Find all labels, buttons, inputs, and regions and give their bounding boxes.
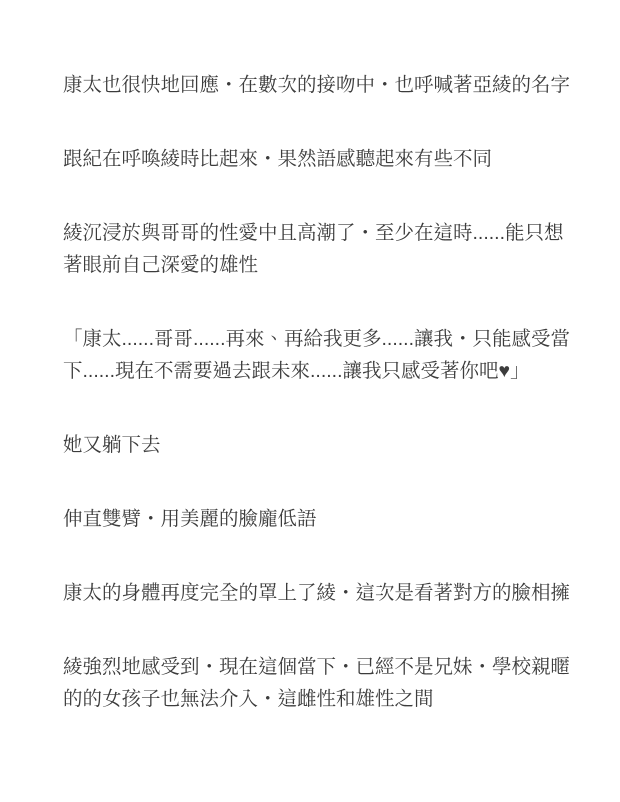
text-line: 康太也很快地回應・在數次的接吻中・也呼喊著亞綾的名字 [63,69,583,101]
paragraph: 康太的身體再度完全的罩上了綾・這次是看著對方的臉相擁 [63,577,583,609]
paragraph: 綾沉浸於與哥哥的性愛中且高潮了・至少在這時......能只想著眼前自己深愛的雄性 [63,217,583,281]
text-line: 綾沉浸於與哥哥的性愛中且高潮了・至少在這時......能只想 [63,217,583,249]
text-line: 跟紀在呼喚綾時比起來・果然語感聽起來有些不同 [63,143,583,175]
text-line: 康太的身體再度完全的罩上了綾・這次是看著對方的臉相擁 [63,577,583,609]
text-line: 綾強烈地感受到・現在這個當下・已經不是兄妹・學校親暱 [63,651,583,683]
paragraph: 伸直雙臂・用美麗的臉龐低語 [63,503,583,535]
paragraph: 她又躺下去 [63,429,583,461]
novel-body: 康太也很快地回應・在數次的接吻中・也呼喊著亞綾的名字跟紀在呼喚綾時比起來・果然語… [63,69,583,757]
paragraph: 康太也很快地回應・在數次的接吻中・也呼喊著亞綾的名字 [63,69,583,101]
novel-page: 康太也很快地回應・在數次的接吻中・也呼喊著亞綾的名字跟紀在呼喚綾時比起來・果然語… [0,0,620,802]
text-line: 下......現在不需要過去跟未來......讓我只感受著你吧♥」 [63,355,583,387]
text-line: 她又躺下去 [63,429,583,461]
text-line: 「康太......哥哥......再來、再給我更多......讓我・只能感受當 [63,323,583,355]
text-line: 著眼前自己深愛的雄性 [63,249,583,281]
paragraph: 綾強烈地感受到・現在這個當下・已經不是兄妹・學校親暱的的女孩子也無法介入・這雌性… [63,651,583,715]
paragraph: 「康太......哥哥......再來、再給我更多......讓我・只能感受當下… [63,323,583,387]
text-line: 的的女孩子也無法介入・這雌性和雄性之間 [63,683,583,715]
paragraph: 跟紀在呼喚綾時比起來・果然語感聽起來有些不同 [63,143,583,175]
text-line: 伸直雙臂・用美麗的臉龐低語 [63,503,583,535]
